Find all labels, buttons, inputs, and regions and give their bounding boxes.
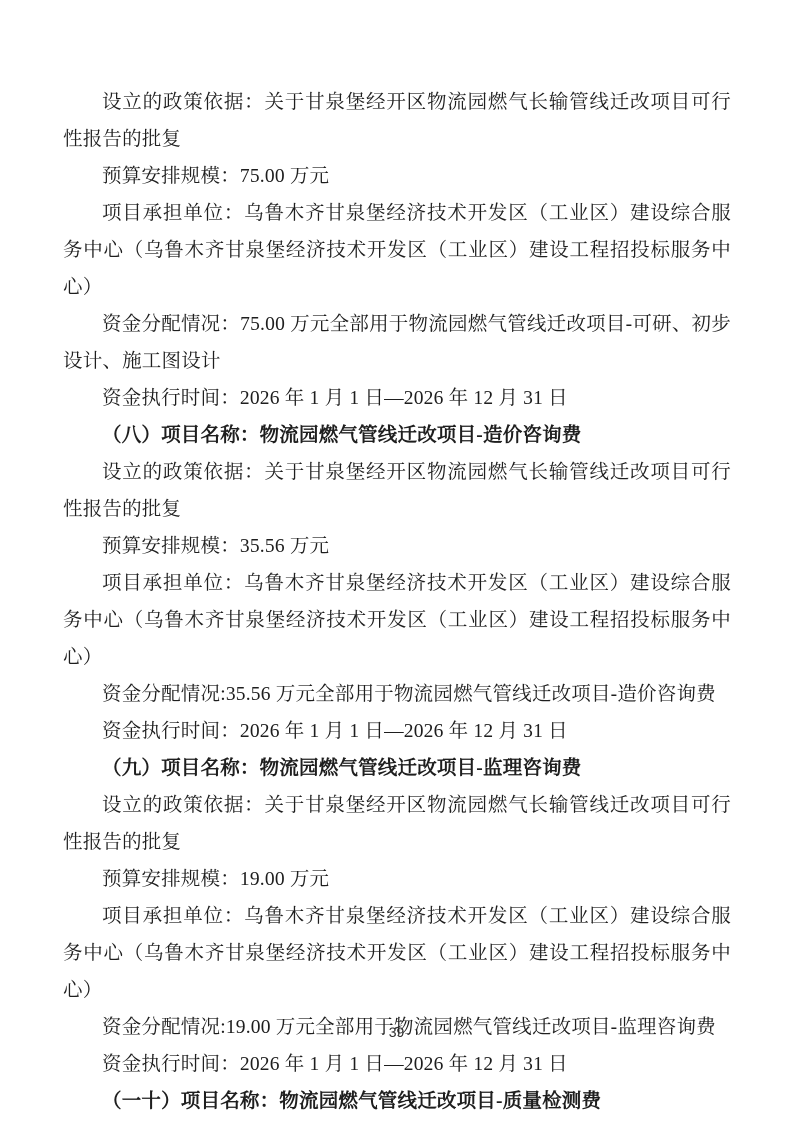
project-8-name-heading: （八）项目名称：物流园燃气管线迁改项目-造价咨询费 bbox=[63, 417, 731, 454]
execution-time-paragraph: 资金执行时间：2026 年 1 月 1 日—2026 年 12 月 31 日 bbox=[63, 713, 731, 750]
budget-scale-paragraph: 预算安排规模：19.00 万元 bbox=[63, 861, 731, 898]
project-9-name-heading: （九）项目名称：物流园燃气管线迁改项目-监理咨询费 bbox=[63, 750, 731, 787]
budget-scale-paragraph: 预算安排规模：35.56 万元 bbox=[63, 528, 731, 565]
execution-time-paragraph: 资金执行时间：2026 年 1 月 1 日—2026 年 12 月 31 日 bbox=[63, 1046, 731, 1083]
policy-basis-paragraph: 设立的政策依据：关于甘泉堡经开区物流园燃气长输管线迁改项目可行性报告的批复 bbox=[63, 84, 731, 158]
fund-allocation-paragraph: 资金分配情况:35.56 万元全部用于物流园燃气管线迁改项目-造价咨询费 bbox=[63, 676, 731, 713]
document-body: 设立的政策依据：关于甘泉堡经开区物流园燃气长输管线迁改项目可行性报告的批复 预算… bbox=[63, 84, 731, 1120]
page-footer: 39 bbox=[0, 1024, 793, 1042]
page-number: 39 bbox=[389, 1024, 405, 1040]
document-page: 设立的政策依据：关于甘泉堡经开区物流园燃气长输管线迁改项目可行性报告的批复 预算… bbox=[0, 0, 793, 1122]
policy-basis-paragraph: 设立的政策依据：关于甘泉堡经开区物流园燃气长输管线迁改项目可行性报告的批复 bbox=[63, 454, 731, 528]
policy-basis-paragraph: 设立的政策依据：关于甘泉堡经开区物流园燃气长输管线迁改项目可行性报告的批复 bbox=[63, 787, 731, 861]
undertaker-paragraph: 项目承担单位：乌鲁木齐甘泉堡经济技术开发区（工业区）建设综合服务中心（乌鲁木齐甘… bbox=[63, 195, 731, 306]
budget-scale-paragraph: 预算安排规模：75.00 万元 bbox=[63, 158, 731, 195]
fund-allocation-paragraph: 资金分配情况：75.00 万元全部用于物流园燃气管线迁改项目-可研、初步设计、施… bbox=[63, 306, 731, 380]
project-10-name-heading: （一十）项目名称：物流园燃气管线迁改项目-质量检测费 bbox=[63, 1083, 731, 1120]
execution-time-paragraph: 资金执行时间：2026 年 1 月 1 日—2026 年 12 月 31 日 bbox=[63, 380, 731, 417]
undertaker-paragraph: 项目承担单位：乌鲁木齐甘泉堡经济技术开发区（工业区）建设综合服务中心（乌鲁木齐甘… bbox=[63, 898, 731, 1009]
undertaker-paragraph: 项目承担单位：乌鲁木齐甘泉堡经济技术开发区（工业区）建设综合服务中心（乌鲁木齐甘… bbox=[63, 565, 731, 676]
